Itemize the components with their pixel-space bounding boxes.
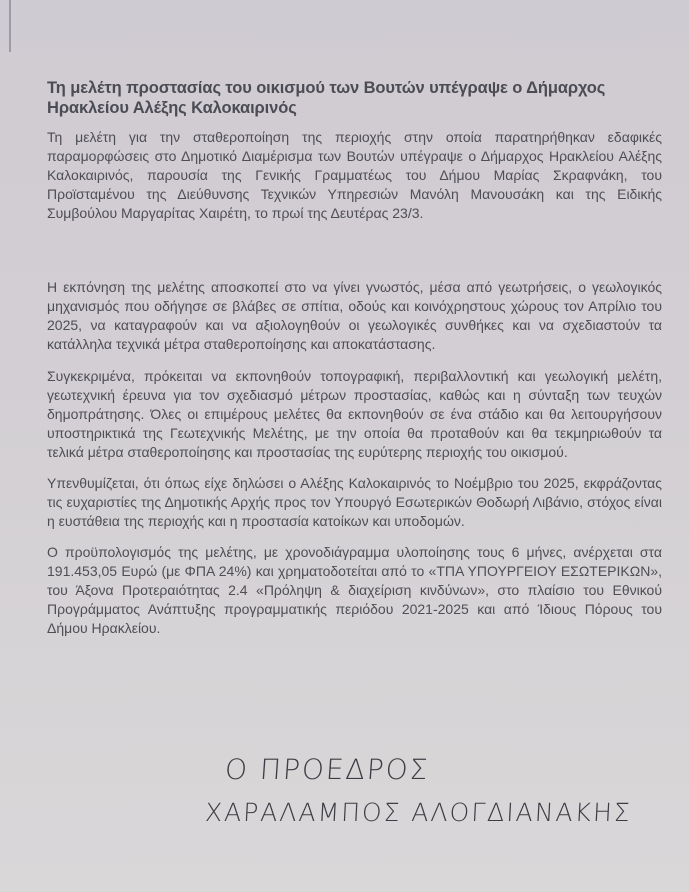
signature-title: Ο ΠΡΟΕΔΡΟΣ <box>224 752 633 788</box>
paragraph-studies: Συγκεκριμένα, πρόκειται να εκπονηθούν το… <box>47 367 662 462</box>
paragraph-signing: Τη μελέτη για την σταθεροποίηση της περι… <box>47 128 662 223</box>
document-body: Τη μελέτη προστασίας του οικισμού των Βο… <box>47 78 662 638</box>
paragraph-reminder: Υπενθυμίζεται, ότι όπως είχε δηλώσει ο Α… <box>47 474 662 531</box>
handwritten-signature: Ο ΠΡΟΕΔΡΟΣ ΧΑΡΑΛΑΜΠΟΣ ΑΛΟΓΔΙΑΝΑΚΗΣ <box>205 752 632 832</box>
scan-edge-mark <box>9 0 11 52</box>
signature-name: ΧΑΡΑΛΑΜΠΟΣ ΑΛΟΓΔΙΑΝΑΚΗΣ <box>204 794 633 832</box>
paragraph-budget: Ο προϋπολογισμός της μελέτης, με χρονοδι… <box>47 543 662 638</box>
document-title: Τη μελέτη προστασίας του οικισμού των Βο… <box>47 78 662 118</box>
paragraph-purpose: Η εκπόνηση της μελέτης αποσκοπεί στο να … <box>47 278 662 354</box>
